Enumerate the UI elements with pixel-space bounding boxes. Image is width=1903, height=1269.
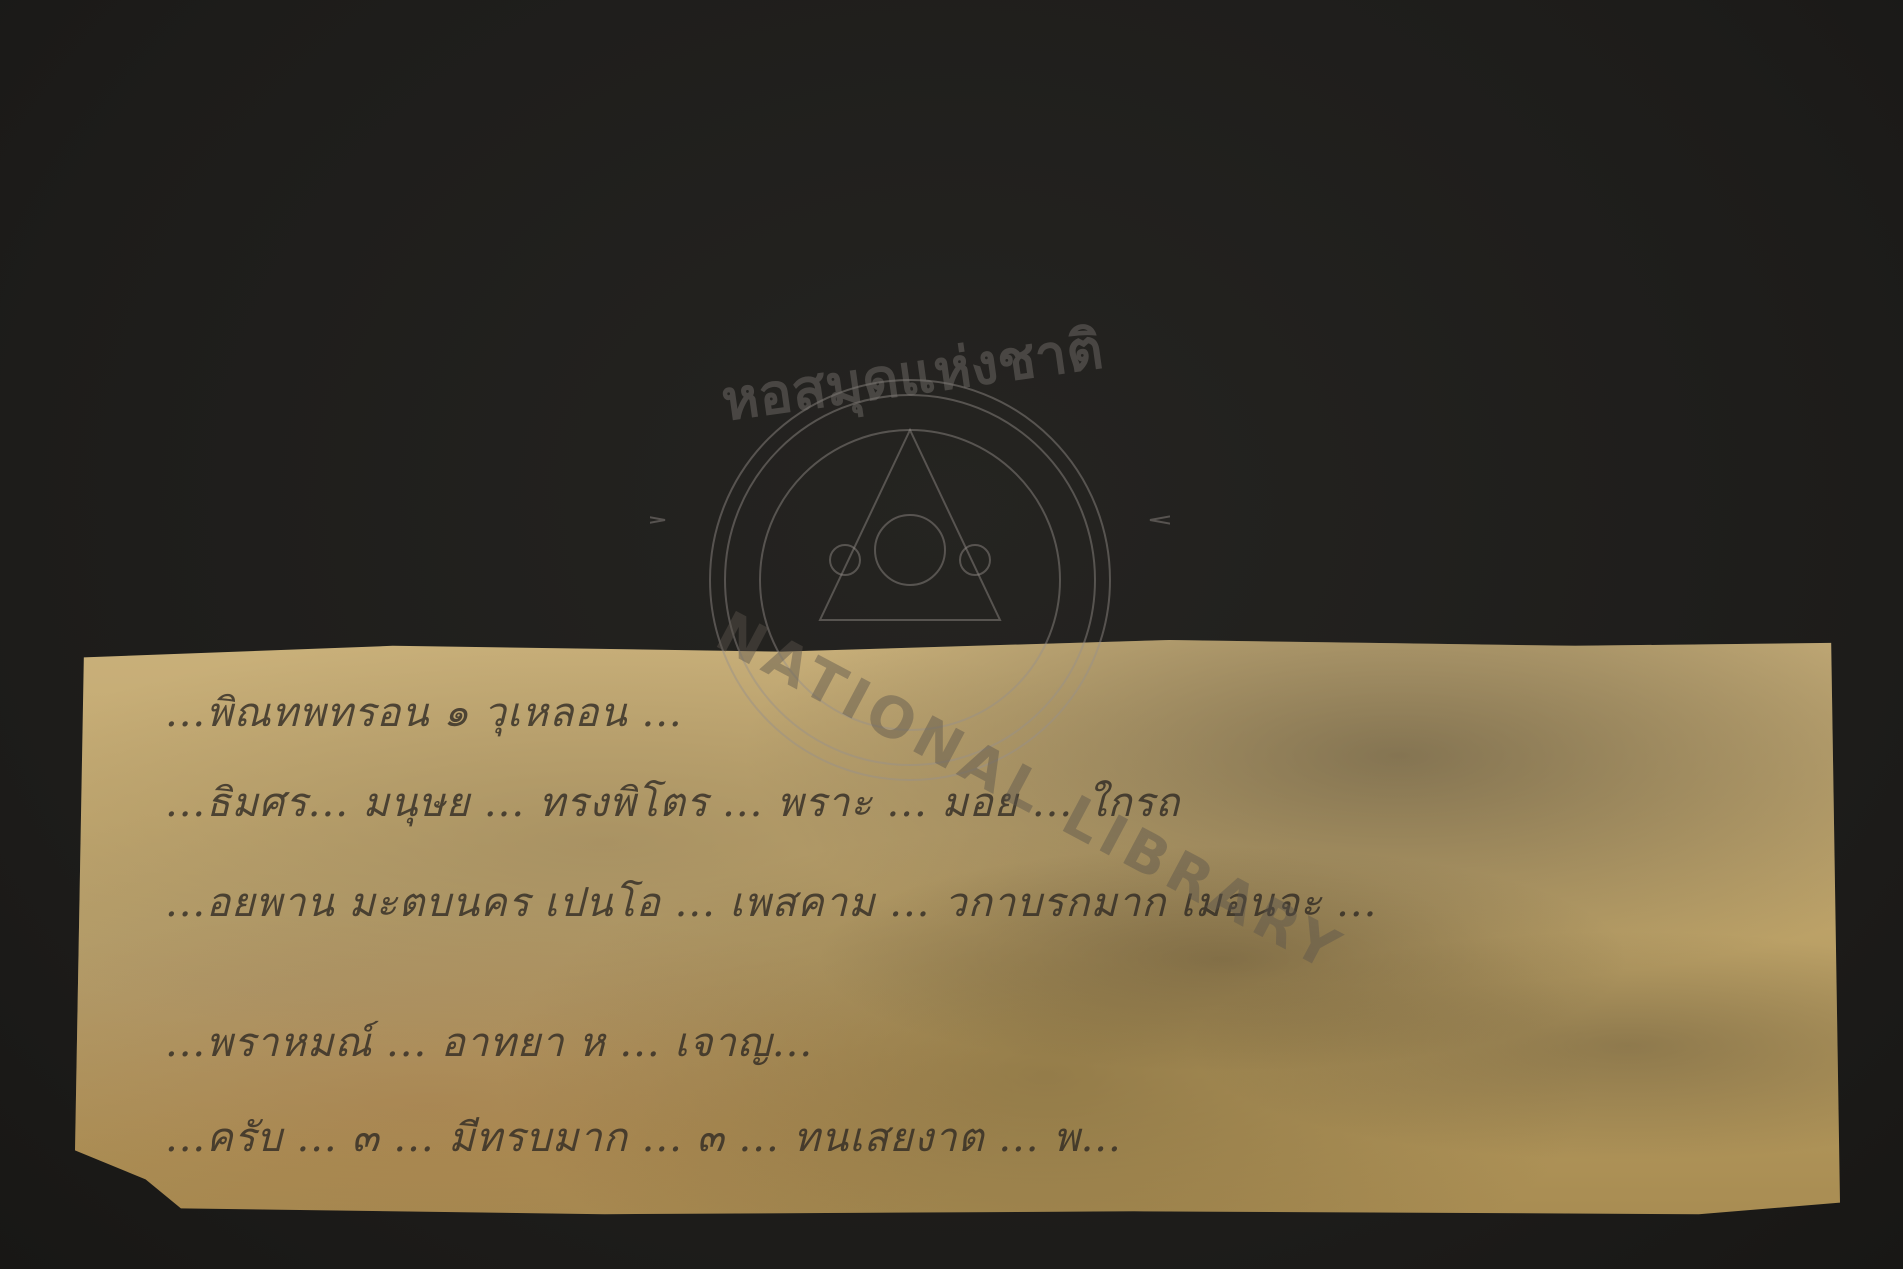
manuscript-line: ...พราหมณ์ ... อาทยา ห ... เจาญ...: [165, 1010, 1780, 1074]
manuscript-line: ...ครับ ... ๓ ... มีทรบมาก ... ๓ ... ทนเ…: [165, 1105, 1780, 1169]
manuscript-line: ...อยพาน มะตบนคร เปนโอ ... เพสคาม ... วก…: [165, 870, 1780, 934]
